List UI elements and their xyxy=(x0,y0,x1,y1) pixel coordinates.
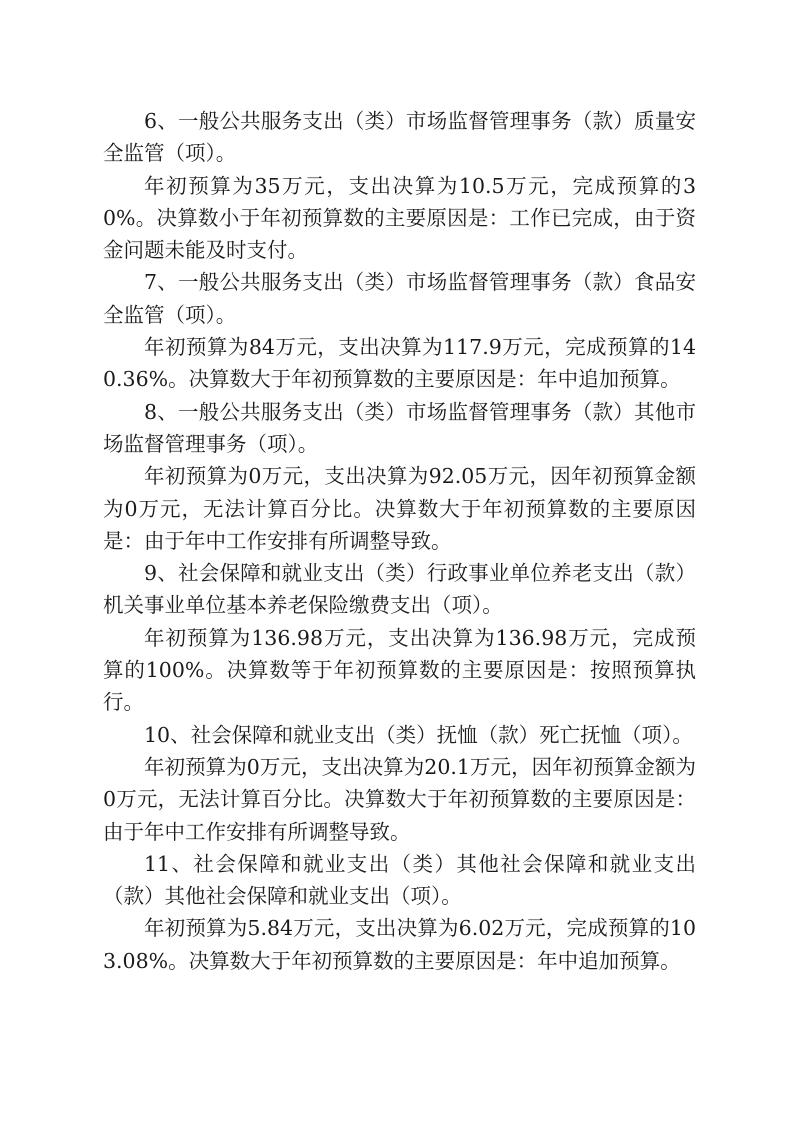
item-11-body: 年初预算为5.84万元，支出决算为6.02万元，完成预算的103.08%。决算数… xyxy=(103,912,696,977)
item-8-heading: 8、一般公共服务支出（类）市场监督管理事务（款）其他市场监督管理事务（项）。 xyxy=(103,396,696,461)
item-8-body: 年初预算为0万元，支出决算为92.05万元，因年初预算金额为0万元，无法计算百分… xyxy=(103,460,696,557)
item-10-heading: 10、社会保障和就业支出（类）抚恤（款）死亡抚恤（项）。 xyxy=(103,719,696,751)
item-10-body: 年初预算为0万元，支出决算为20.1万元，因年初预算金额为0万元，无法计算百分比… xyxy=(103,751,696,848)
item-9-body: 年初预算为136.98万元，支出决算为136.98万元，完成预算的100%。决算… xyxy=(103,622,696,719)
item-6-body: 年初预算为35万元，支出决算为10.5万元，完成预算的30%。决算数小于年初预算… xyxy=(103,170,696,267)
item-6-heading: 6、一般公共服务支出（类）市场监督管理事务（款）质量安全监管（项）。 xyxy=(103,105,696,170)
item-9-heading: 9、社会保障和就业支出（类）行政事业单位养老支出（款）机关事业单位基本养老保险缴… xyxy=(103,557,696,622)
item-7-heading: 7、一般公共服务支出（类）市场监督管理事务（款）食品安全监管（项）。 xyxy=(103,266,696,331)
document-page: 6、一般公共服务支出（类）市场监督管理事务（款）质量安全监管（项）。 年初预算为… xyxy=(103,105,696,977)
item-11-heading: 11、社会保障和就业支出（类）其他社会保障和就业支出（款）其他社会保障和就业支出… xyxy=(103,848,696,913)
item-7-body: 年初预算为84万元，支出决算为117.9万元，完成预算的140.36%。决算数大… xyxy=(103,331,696,396)
